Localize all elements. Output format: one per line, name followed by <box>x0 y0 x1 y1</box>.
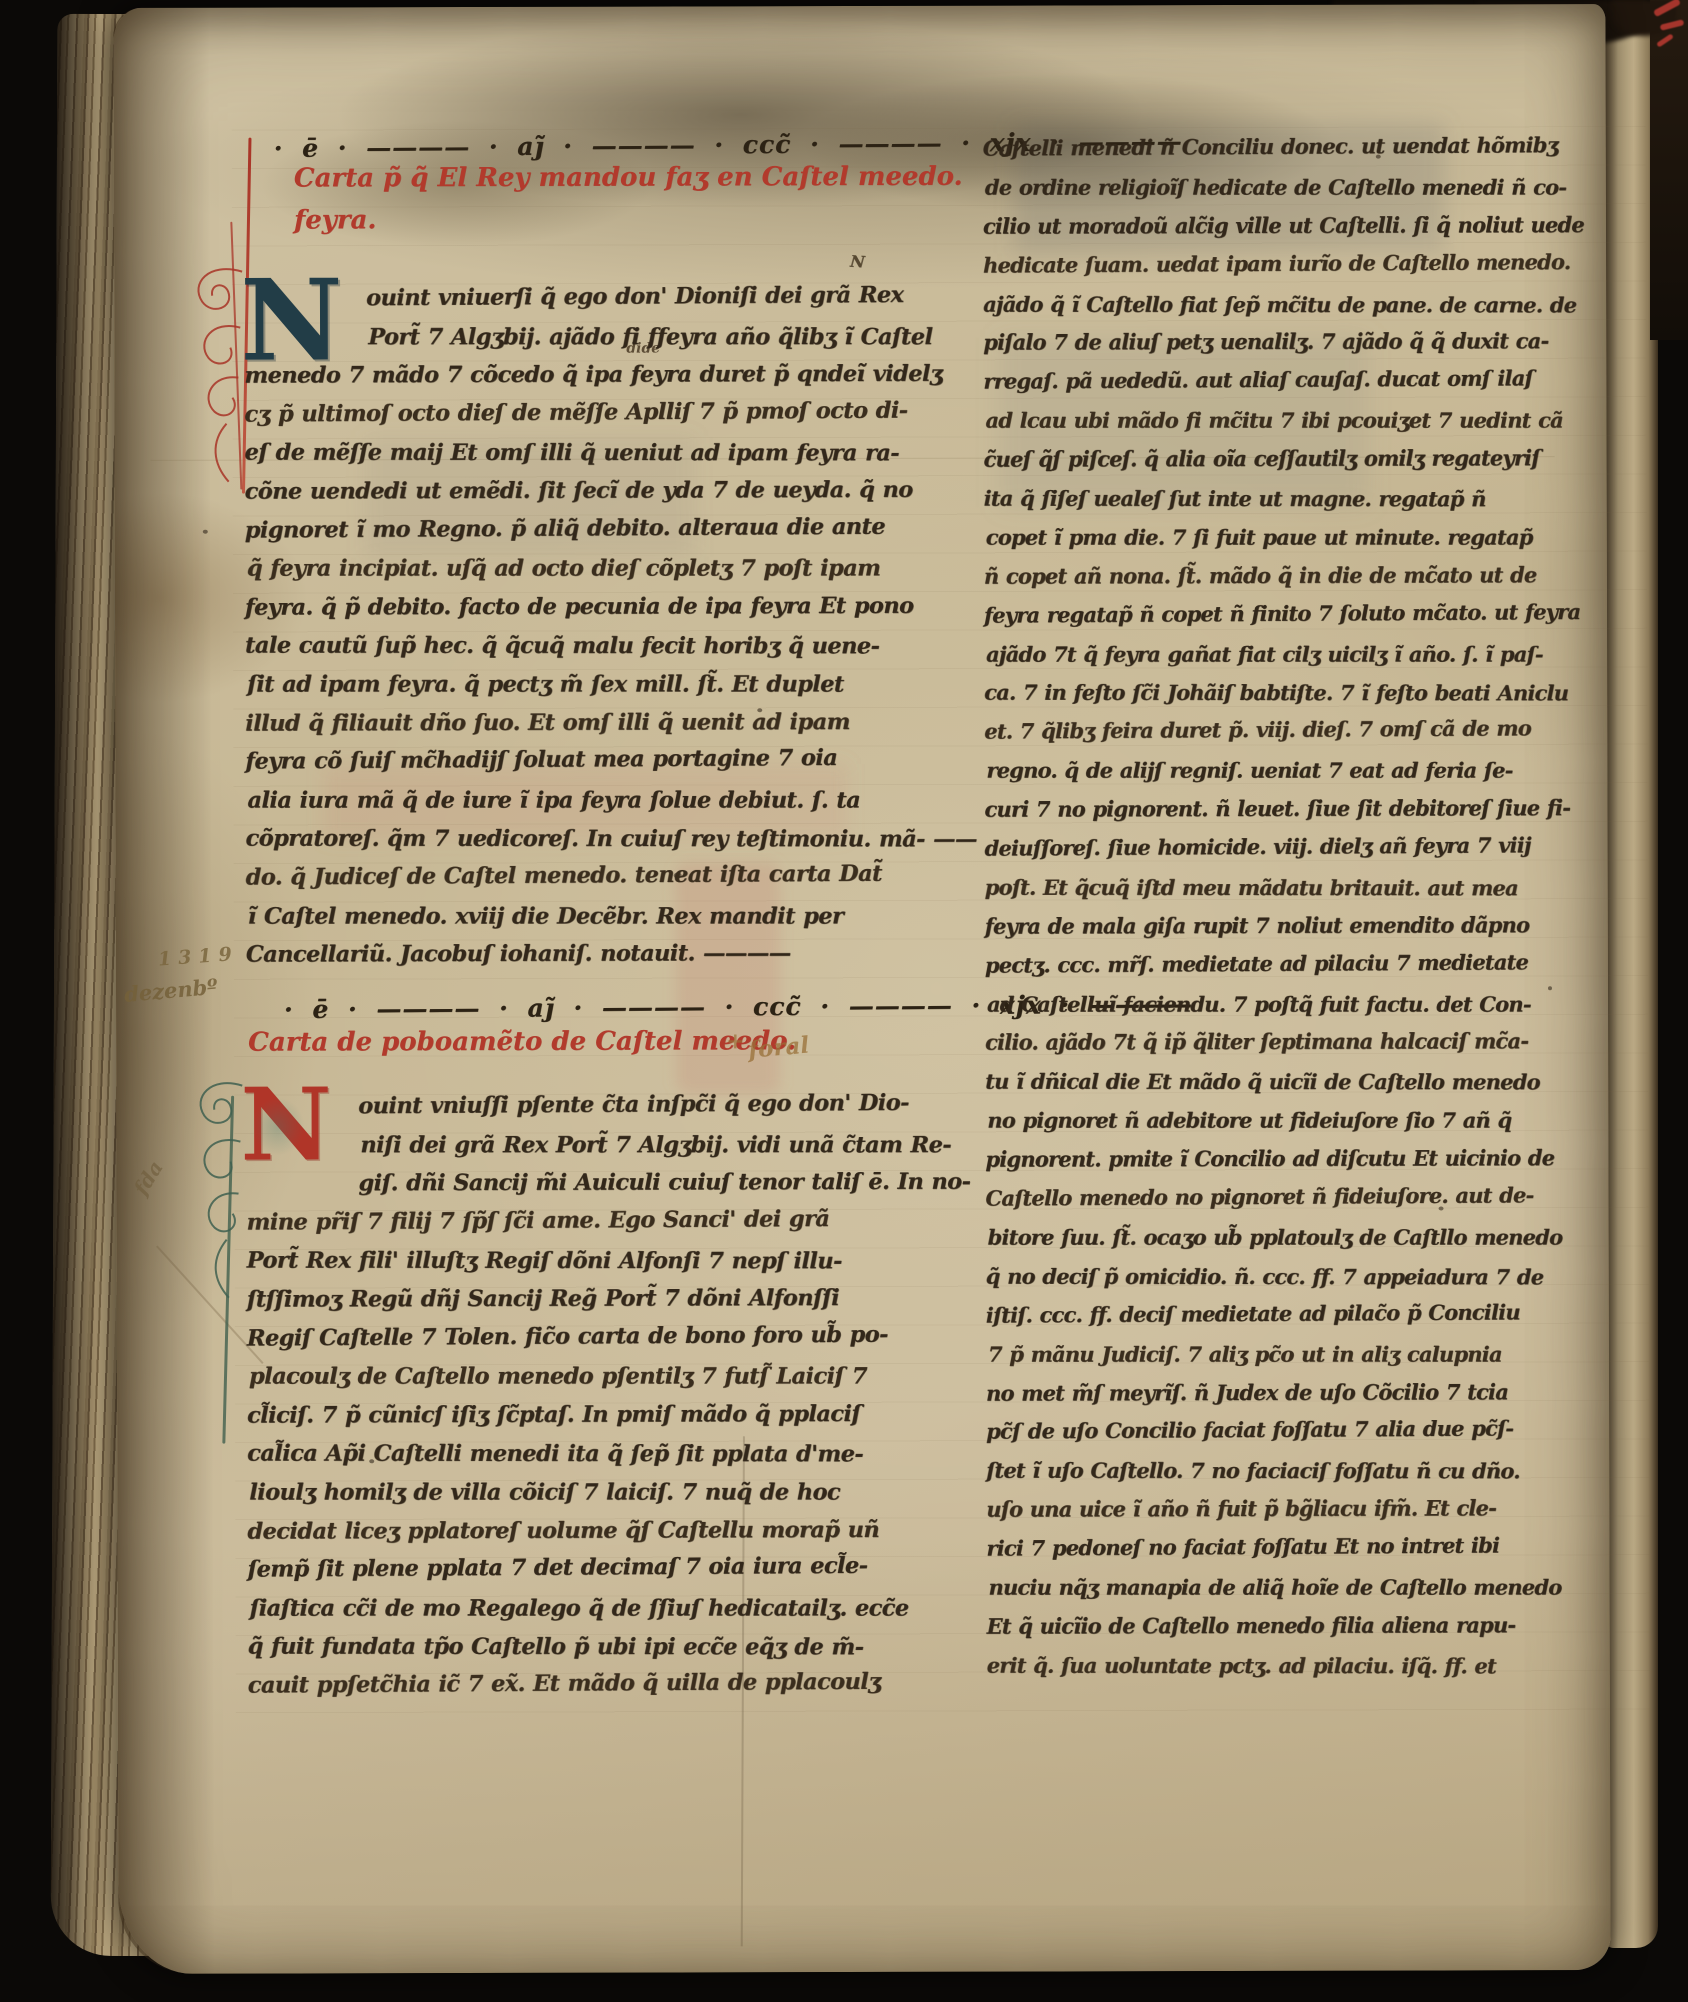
text-line: cilio. ajãdo 7t q̃ ip̃ q̃liter ſeptimana… <box>985 1023 1551 1063</box>
text-line: do. q̃ Judiceſ de Caſtel menedo. teneat … <box>246 854 958 897</box>
text-line: bitore ſuu. ſt̃. ocaʒo ub̃ pplatoulʒ de … <box>988 1219 1554 1258</box>
text-line: eſ de mẽſſe maij Et omſ illi q̃ ueniut a… <box>245 434 957 473</box>
text-line: decidat liceʒ pplatoreſ uolume q̃ſ Caſte… <box>247 1510 959 1550</box>
margin-cross-mark: + <box>726 1028 745 1054</box>
text-line: Cancellariũ. Jacobuſ iohaniſ. notauit. —… <box>246 934 958 974</box>
binding-leather-edge <box>1650 0 1688 340</box>
text-line: ſemp̃ ſit plene pplata 7 det decimaſ 7 o… <box>247 1546 959 1589</box>
text-line: et. 7 q̃libʒ feira duret p̃. viij. dieſ.… <box>984 710 1550 752</box>
text-line: ouint vniuerſi q̃ ego don' Dioniſi dei g… <box>366 276 956 318</box>
text-line: ñ copet añ nona. ſt̃. mãdo q̃ in die de … <box>984 556 1550 596</box>
text-line: ca. 7 in feſto ſc̃i Johãiſ babtiſte. 7 ĩ… <box>984 674 1550 714</box>
green-flourish-ornament <box>180 1070 249 1302</box>
text-line: niſi dei grã Rex Port̃ 7 Algʒbij. vidi u… <box>360 1126 960 1165</box>
text-line: cl̃iciſ. 7 p̃ cũnicſ iſiʒ ſc̃ptaſ. In pm… <box>247 1394 959 1434</box>
text-line: q̃ feyra incipiat. uſq̃ ad octo dieſ cõp… <box>247 550 959 589</box>
faded-foral-note: foral <box>747 1032 810 1064</box>
red-flourish-ornament <box>182 258 249 490</box>
settlement-charter-body: ouint vniuſſi pſente c̃ta inſpc̃i q̃ ego… <box>246 1086 960 1705</box>
text-line: pectʒ. ccc. mr̃ſ. medietate ad pilaciu 7… <box>985 943 1551 985</box>
margin-year-note: 1319 <box>157 943 239 971</box>
text-line: c̃ueſ q̃ſ piſceſ. q̃ alia oĩa ceſſautilʒ… <box>984 439 1550 479</box>
text-line: pignorent. pmite ĩ Concilio ad diſcutu E… <box>985 1139 1551 1179</box>
text-line: feyra cõ ſuiſ mc̃hadijſ ſoluat mea porta… <box>245 738 957 781</box>
text-line: regno. q̃ de alijſ regniſ. ueniat 7 eat … <box>986 752 1552 791</box>
text-line: uſo una uice ĩ año ñ fuit p̃ bg̃liacu if… <box>986 1489 1552 1529</box>
text-line: Et q̃ uicĩio de Caſtello menedo filia al… <box>987 1606 1553 1646</box>
text-line: ita q̃ ſiſeſ uealeſ ſut inte ut magne. r… <box>984 480 1550 520</box>
ink-speck <box>203 530 208 534</box>
text-line: pc̃ſ de uſo Concilio faciat foſſatu 7 al… <box>986 1410 1552 1452</box>
text-line: illud q̃ filiauit dño ſuo. Et omſ illi q… <box>245 702 957 742</box>
parchment-page: · ē · ———— · aj̃ · ———— · ccc̃ · ———— · … <box>113 4 1610 1974</box>
text-line: feyra. q̃ p̃ debito. facto de pecunia de… <box>245 587 957 627</box>
text-line: ad lcau ubi mãdo fi mc̃itu 7 ibi pcouiʒe… <box>986 402 1552 441</box>
text-line: cʒ p̃ ultimoſ octo dieſ de mẽſſe Aplliſ … <box>244 391 956 434</box>
text-line: deiuſſoreſ. ſiue homicide. viij. dielʒ a… <box>985 826 1551 868</box>
text-line: Port̃ 7 Algʒbij. ajãdo fi ffeyra año q̃l… <box>368 318 958 357</box>
rubricator-guide-letter: N <box>849 252 865 272</box>
text-line: Caſtello menedo no pignoret ñ fideiuſore… <box>985 1176 1551 1218</box>
text-line: q̃ fuit fundata tp̃o Caſtello p̃ ubi ipi… <box>248 1628 960 1667</box>
text-line: piſalo 7 de aliuſ petʒ uenalilʒ. 7 ajãdo… <box>983 323 1549 363</box>
text-line: copet ĩ pma die. 7 ſi fuit paue ut minut… <box>986 518 1552 557</box>
text-line: alia iura mã q̃ de iure ĩ ipa feyra ſolu… <box>248 781 960 820</box>
text-line: erit q̃. ſua uoluntate pctʒ. ad pilaciu.… <box>987 1646 1553 1686</box>
text-line: ſtet ĩ uſo Caſtello. 7 no faciaciſ foſſa… <box>986 1452 1552 1492</box>
text-line: ĩ Caſtel menedo. xviij die Decẽbr. Rex m… <box>248 897 960 936</box>
text-line: pignoret ĩ mo Regno. p̃ aliq̃ debito. al… <box>245 507 957 550</box>
text-line: ſiaſtica cc̃i de mo Regalego q̃ de ſſiuſ… <box>250 1589 962 1628</box>
text-line: placoulʒ de Caſtello menedo pſentilʒ 7 f… <box>249 1358 961 1397</box>
text-line: giſ. dñi Sancij m̃i Auiculi cuiuſ tenor … <box>358 1163 958 1203</box>
text-line: iſtiſ. ccc. ff. deciſ medietate ad pilac… <box>986 1293 1552 1335</box>
rubric-fair-charter-line2: feyra. <box>294 205 377 235</box>
text-line: hedicate ſuam. uedat ipam iurĩo de Caſte… <box>983 243 1549 285</box>
rubric-settlement-charter: Carta de poboamẽto de Caſtel meedo. <box>248 1026 796 1057</box>
text-line: no pignoret ñ adebitore ut fideiuſore ſi… <box>987 1102 1553 1141</box>
rubric-fair-charter-line1: Carta p̃ q̃ El Rey mandou faʒ en Caſtel … <box>294 162 963 194</box>
text-line: Port̃ Rex fili' illuſtʒ Regiſ dõni Alfon… <box>247 1242 959 1281</box>
text-line: ſit ad ipam feyra. q̃ pectʒ m̃ ſex mill.… <box>247 665 959 704</box>
text-line: poſt. Et q̃cuq̃ iſtd meu mãdatu britauit… <box>985 869 1551 909</box>
text-line: menedo 7 mãdo 7 cõcedo q̃ ipa feyra dure… <box>244 355 956 395</box>
text-line: mine pr̃iſ 7 filij 7 ſp̃ſ ſc̃i ame. Ego … <box>246 1199 958 1242</box>
text-line: ſtſſimoʒ Regũ dñj Sancij Reg̃ Port̃ 7 dõ… <box>247 1279 959 1319</box>
text-line: cilio ut moradoũ alc̃ig ville ut Caſtell… <box>983 206 1549 246</box>
text-line: Caſtelli menedi ñ Conciliu donec. ut uen… <box>983 126 1549 168</box>
text-line: ad Caſtelluĩ faciendu. 7 poſtq̃ fuit fac… <box>987 985 1553 1024</box>
text-line: curi 7 no pignorent. ñ leuet. ſiue ſit d… <box>984 789 1550 829</box>
text-line: feyra de mala giſa rupit 7 noliut emendi… <box>985 906 1551 946</box>
text-line: cauit ppſetc̃hia ic̃ 7 ex̃. Et mãdo q̃ u… <box>248 1662 960 1705</box>
text-line: tu ĩ dñical die Et mãdo q̃ uicĩi de Caſt… <box>985 1063 1551 1103</box>
text-line: cõne uendedi ut emẽdi. ſit ſecĩ de yda 7… <box>245 471 957 511</box>
text-line: cal̃ica Ap̃i Caſtelli menedi ita q̃ ſep̃… <box>247 1435 959 1474</box>
text-line: Regiſ Caſtelle 7 Tolen. fic̃o carta de b… <box>247 1315 959 1358</box>
text-line: cõpratoreſ. q̃m 7 uedicoreſ. In cuiuſ re… <box>246 820 958 859</box>
manuscript-photo: · ē · ———— · aj̃ · ———— · ccc̃ · ———— · … <box>0 0 1688 2002</box>
text-line: nuciu nq̃ʒ manapia de aliq̃ hoĩe de Caſt… <box>989 1569 1555 1608</box>
text-line: q̃ no deciſ p̃ omicidio. ñ. ccc. ff. 7 a… <box>986 1258 1552 1298</box>
text-line: ajãdo q̃ ĩ Caſtello fiat ſep̃ mc̃itu de … <box>983 285 1549 325</box>
text-line: de ordine religioĩſ hedicate de Caſtello… <box>985 168 1551 207</box>
text-line: ouint vniuſſi pſente c̃ta inſpc̃i q̃ ego… <box>358 1084 958 1126</box>
text-line: rregaſ. pã uededũ. aut aliaſ cauſaſ. duc… <box>983 360 1549 402</box>
text-line: no met m̃ſ meyrĩſ. ñ Judex de uſo Cõcili… <box>986 1373 1552 1413</box>
text-line: feyra regatap̃ ñ copet ñ finito 7 ſoluto… <box>984 593 1550 635</box>
fair-charter-body: ouint vniuerſi q̃ ego don' Dioniſi dei g… <box>244 278 958 975</box>
text-line: lioulʒ homilʒ de villa cõiciſ 7 laiciſ. … <box>249 1473 961 1512</box>
text-line: ajãdo 7t q̃ feyra gañat fiat cilʒ uicilʒ… <box>986 635 1552 674</box>
text-line: 7 p̃ mãnu Judiciſ. 7 aliʒ pc̃o ut in ali… <box>988 1335 1554 1374</box>
text-line: rici 7 pedoneſ no faciat foſſatu Et no i… <box>986 1526 1552 1568</box>
right-column-body: Caſtelli menedi ñ Conciliu donec. ut uen… <box>983 128 1553 1685</box>
text-line: tale cautũ ſup̃ hec. q̃ q̃cuq̃ malu feci… <box>245 627 957 666</box>
